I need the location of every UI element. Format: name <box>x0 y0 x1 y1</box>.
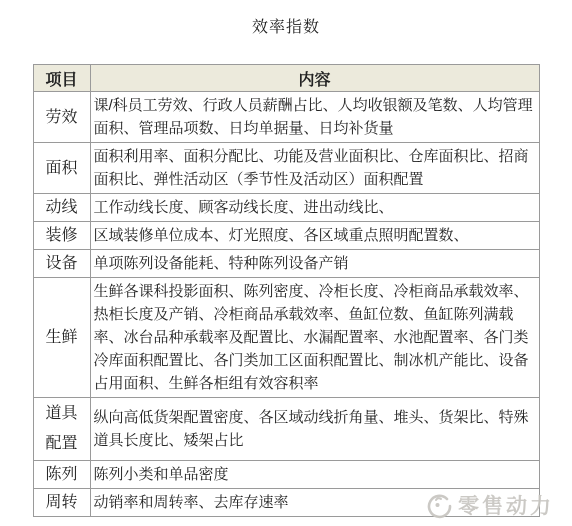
table-header-row: 项目 内容 <box>33 65 539 92</box>
row-item-label: 劳效 <box>33 92 90 143</box>
row-content: 单项陈列设备能耗、特种陈列设备产销 <box>90 250 539 278</box>
row-item-label-text: 劳效 <box>45 106 77 129</box>
row-item-label-text: 装修 <box>45 224 77 247</box>
row-content: 纵向高低货架配置密度、各区域动线折角量、堆头、货架比、特殊道具长度比、矮架占比 <box>90 398 539 461</box>
table-row: 道具配置 纵向高低货架配置密度、各区域动线折角量、堆头、货架比、特殊道具长度比、… <box>33 398 539 461</box>
row-content: 课/科员工劳效、行政人员薪酬占比、人均收银额及笔数、人均管理面积、管理品项数、日… <box>90 92 539 143</box>
column-header-content: 内容 <box>90 65 539 92</box>
column-header-item: 项目 <box>33 65 90 92</box>
row-item-label-text: 道具配置 <box>42 399 82 459</box>
row-item-label: 设备 <box>33 250 90 278</box>
row-item-label: 陈列 <box>33 461 90 489</box>
table-row: 设备 单项陈列设备能耗、特种陈列设备产销 <box>33 250 539 278</box>
row-item-label: 面积 <box>33 143 90 194</box>
row-item-label-text: 周转 <box>45 491 77 514</box>
row-item-label: 道具配置 <box>33 398 90 461</box>
row-item-label-text: 设备 <box>45 252 77 275</box>
table-row: 生鲜 生鲜各课科投影面积、陈列密度、冷柜长度、冷柜商品承载效率、热柜长度及产销、… <box>33 278 539 398</box>
row-item-label-text: 面积 <box>45 157 77 180</box>
row-item-label: 动线 <box>33 194 90 222</box>
row-item-label-text: 陈列 <box>45 463 77 486</box>
row-content: 生鲜各课科投影面积、陈列密度、冷柜长度、冷柜商品承载效率、热柜长度及产销、冷柜商… <box>90 278 539 398</box>
row-item-label: 装修 <box>33 222 90 250</box>
row-content: 陈列小类和单品密度 <box>90 461 539 489</box>
page-title: 效率指数 <box>0 0 572 37</box>
table-row: 装修 区域装修单位成本、灯光照度、各区域重点照明配置数、 <box>33 222 539 250</box>
row-content: 面积利用率、面积分配比、功能及营业面积比、仓库面积比、招商面积比、弹性活动区（季… <box>90 143 539 194</box>
row-content: 区域装修单位成本、灯光照度、各区域重点照明配置数、 <box>90 222 539 250</box>
row-item-label: 生鲜 <box>33 278 90 398</box>
row-content: 工作动线长度、顾客动线长度、进出动线比、 <box>90 194 539 222</box>
row-item-label: 周转 <box>33 489 90 517</box>
row-item-label-text: 生鲜 <box>45 326 77 349</box>
table-row: 周转 动销率和周转率、去库存速率 <box>33 489 539 517</box>
page: 效率指数 项目 内容 劳效 课/科员工劳效、行政人员薪酬占比、人均收银额及笔数、… <box>0 0 572 526</box>
table-row: 动线 工作动线长度、顾客动线长度、进出动线比、 <box>33 194 539 222</box>
table-row: 面积 面积利用率、面积分配比、功能及营业面积比、仓库面积比、招商面积比、弹性活动… <box>33 143 539 194</box>
row-content: 动销率和周转率、去库存速率 <box>90 489 539 517</box>
table-row: 劳效 课/科员工劳效、行政人员薪酬占比、人均收银额及笔数、人均管理面积、管理品项… <box>33 92 539 143</box>
efficiency-index-table: 项目 内容 劳效 课/科员工劳效、行政人员薪酬占比、人均收银额及笔数、人均管理面… <box>33 64 540 517</box>
row-item-label-text: 动线 <box>45 196 77 219</box>
table-row: 陈列 陈列小类和单品密度 <box>33 461 539 489</box>
